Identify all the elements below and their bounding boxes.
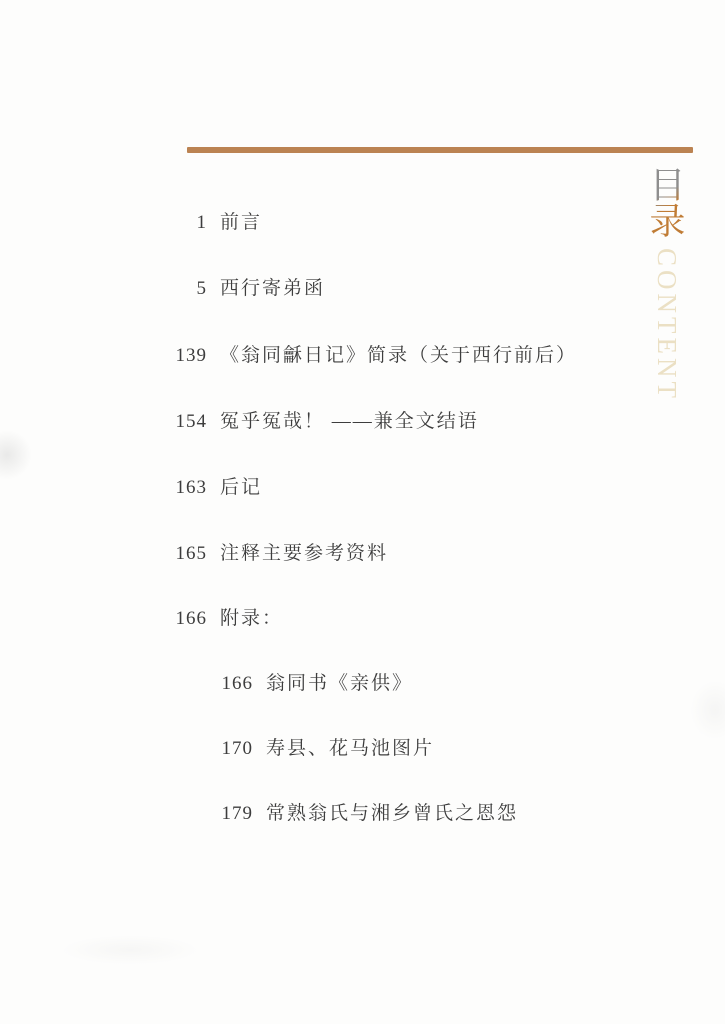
toc-entry-appendix: 179 常熟翁氏与湘乡曾氏之恩怨 bbox=[206, 802, 518, 826]
top-divider-rule bbox=[187, 147, 693, 153]
toc-entry: 166 附录： bbox=[160, 607, 283, 631]
toc-page-number: 163 bbox=[160, 476, 207, 500]
toc-entry: 163 后记 bbox=[160, 476, 262, 500]
toc-entry: 5 西行寄弟函 bbox=[160, 277, 325, 301]
toc-entry: 165 注释主要参考资料 bbox=[160, 542, 388, 566]
toc-entry-title: 前言 bbox=[220, 211, 262, 235]
toc-entry-title: 常熟翁氏与湘乡曾氏之恩怨 bbox=[266, 802, 518, 826]
toc-page-number: 154 bbox=[160, 410, 207, 434]
scan-smudge bbox=[60, 935, 200, 965]
toc-page-number: 170 bbox=[206, 737, 253, 761]
toc-page-number: 166 bbox=[206, 672, 253, 696]
toc-heading-chinese: 目录 bbox=[643, 166, 685, 238]
toc-entry-title: 附录： bbox=[220, 607, 283, 631]
toc-heading-english-watermark: CONTENT bbox=[652, 248, 682, 402]
scan-smudge bbox=[690, 680, 725, 740]
toc-entry-title: 西行寄弟函 bbox=[220, 277, 325, 301]
toc-page-number: 5 bbox=[160, 277, 207, 301]
toc-entry-title: 寿县、花马池图片 bbox=[266, 737, 434, 761]
toc-page-number: 139 bbox=[160, 344, 207, 368]
toc-entry-appendix: 170 寿县、花马池图片 bbox=[206, 737, 434, 761]
toc-entry-title: 注释主要参考资料 bbox=[220, 542, 388, 566]
toc-entry-title: 后记 bbox=[220, 476, 262, 500]
toc-entry: 154 冤乎冤哉！ ——兼全文结语 bbox=[160, 410, 479, 434]
scanned-toc-page: 目录 CONTENT 1 前言 5 西行寄弟函 139 《翁同龢日记》简录（关于… bbox=[0, 0, 725, 1024]
toc-entry: 1 前言 bbox=[160, 211, 262, 235]
toc-page-number: 166 bbox=[160, 607, 207, 631]
toc-entry: 139 《翁同龢日记》简录（关于西行前后） bbox=[160, 344, 577, 368]
toc-page-number: 179 bbox=[206, 802, 253, 826]
toc-page-number: 165 bbox=[160, 542, 207, 566]
scan-smudge bbox=[0, 430, 32, 480]
toc-entry-title: 冤乎冤哉！ ——兼全文结语 bbox=[220, 410, 479, 434]
toc-entry-appendix: 166 翁同书《亲供》 bbox=[206, 672, 413, 696]
toc-entry-title: 翁同书《亲供》 bbox=[266, 672, 413, 696]
toc-page-number: 1 bbox=[160, 211, 207, 235]
toc-entry-title: 《翁同龢日记》简录（关于西行前后） bbox=[220, 344, 577, 368]
